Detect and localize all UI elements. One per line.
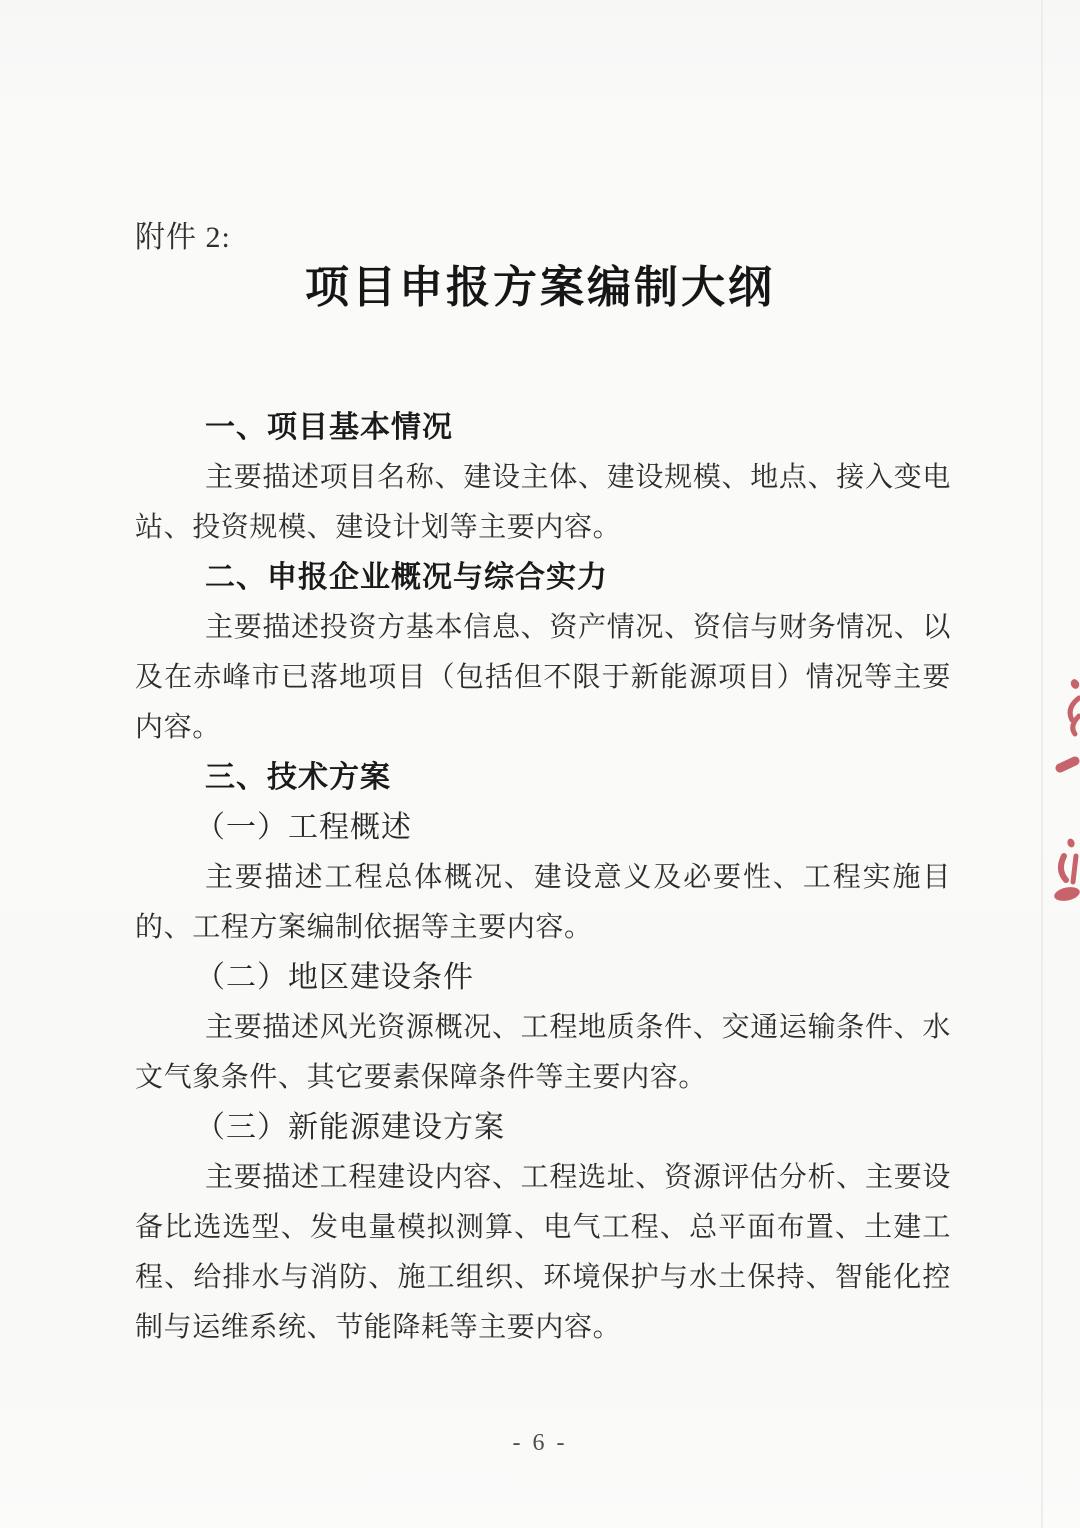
scanned-document-page: 附件 2: 项目申报方案编制大纲 一、项目基本情况主要描述项目名称、建设主体、建… xyxy=(0,0,1080,1528)
paragraph: 主要描述工程建设内容、工程选址、资源评估分析、主要设备比选选型、发电量模拟测算、… xyxy=(135,1153,951,1353)
page-number: - 6 - xyxy=(0,1430,1080,1457)
subsection-heading: （三）新能源建设方案 xyxy=(135,1103,951,1153)
document-title: 项目申报方案编制大纲 xyxy=(0,260,1080,316)
paragraph: 主要描述投资方基本信息、资产情况、资信与财务情况、以及在赤峰市已落地项目（包括但… xyxy=(135,603,951,753)
section-heading: 三、技术方案 xyxy=(135,753,951,803)
paragraph: 主要描述项目名称、建设主体、建设规模、地点、接入变电站、投资规模、建设计划等主要… xyxy=(135,453,951,553)
section-heading: 二、申报企业概况与综合实力 xyxy=(135,553,951,603)
paragraph: 主要描述工程总体概况、建设意义及必要性、工程实施目的、工程方案编制依据等主要内容… xyxy=(135,853,951,953)
attachment-label: 附件 2: xyxy=(135,212,231,256)
section-heading: 一、项目基本情况 xyxy=(135,403,951,453)
paragraph: 主要描述风光资源概况、工程地质条件、交通运输条件、水文气象条件、其它要素保障条件… xyxy=(135,1003,951,1103)
subsection-heading: （二）地区建设条件 xyxy=(135,953,951,1003)
subsection-heading: （一）工程概述 xyxy=(135,803,951,853)
scan-edge-line xyxy=(1041,0,1043,1528)
document-body: 一、项目基本情况主要描述项目名称、建设主体、建设规模、地点、接入变电站、投资规模… xyxy=(135,403,951,1353)
red-ink-annotation xyxy=(1048,660,1080,920)
